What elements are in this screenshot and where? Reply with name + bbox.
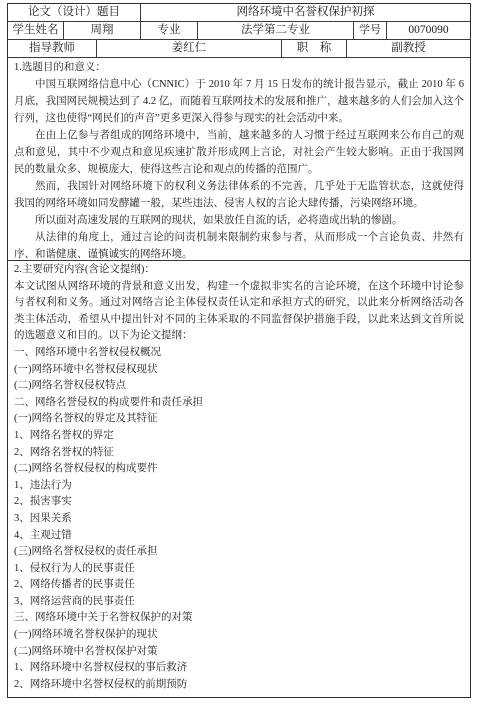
thesis-title-value: 网络环境中名誉权保护初探 [141,4,470,21]
research-intro-paragraph: 本文试图从网络环境的背景和意义出发，构建一个虚拟非实名的言论环境，在这个环境中讨… [14,279,464,345]
outline-item: 2、损害事实 [14,494,464,511]
outline-item: 4、主观过错 [14,528,464,545]
purpose-paragraph: 所以面对高速发展的互联网的现状，如果放任自流的话，必将造成出轨的惨剧。 [14,212,464,229]
thesis-proposal-form: 论文（设计）题目 网络环境中名誉权保护初探 学生姓名 周翔 专业 法学第二专业 … [7,3,471,698]
thesis-title-label: 论文（设计）题目 [8,4,141,21]
outline-item: (二)网络名誉权侵权的构成要件 [14,461,464,478]
outline-item: 2、网络传播者的民事责任 [14,577,464,594]
section-purpose-paragraphs: 中国互联网络信息中心（CNNIC）于 2010 年 7 月 15 日发布的统计报… [14,76,464,261]
form-row-title: 论文（设计）题目 网络环境中名誉权保护初探 [8,4,470,22]
section-purpose: 1.选题目的和意义： 中国互联网络信息中心（CNNIC）于 2010 年 7 月… [8,58,470,261]
outline-item: 3、因果关系 [14,511,464,528]
outline-item: 2、网络环境中名誉权侵权的前期预防 [14,677,464,694]
student-id-value: 0070090 [387,22,470,39]
outline-item: 一、网络环境中名誉权侵权概况 [14,345,464,362]
student-id-label: 学号 [354,22,387,39]
outline-item: 二、网络名誉侵权的构成要件和责任承担 [14,395,464,412]
outline-item: (二)网络名誉权侵权特点 [14,378,464,395]
purpose-paragraph: 在由上亿参与者组成的网络环境中，当前，越来越多的人习惯于经过互联网来公布自己的观… [14,127,464,178]
section-purpose-heading: 1.选题目的和意义： [14,59,464,76]
outline-item: (二)网络环境中名誉权保护对策 [14,644,464,661]
outline-item: (三)网络名誉权侵权的责任承担 [14,544,464,561]
outline-item: 1、网络名誉权的界定 [14,428,464,445]
outline-item: (一)网络环境中名誉权侵权现状 [14,362,464,379]
rank-label: 职 称 [282,40,347,57]
major-value: 法学第二专业 [198,22,354,39]
advisor-value: 姜红仁 [97,40,282,57]
section-research-heading: 2.主要研究内容(含论文提纲)： [14,262,464,279]
outline-item: 三、网络环境中关于名誉权保护的对策 [14,610,464,627]
form-row-student: 学生姓名 周翔 专业 法学第二专业 学号 0070090 [8,22,470,40]
outline-item: (一)网络名誉权的界定及其特征 [14,411,464,428]
outline-item: 1、违法行为 [14,478,464,495]
purpose-paragraph: 然而，我国针对网络环境下的权利义务法律体系的不完善，几乎处于无监管状态，这就使得… [14,178,464,212]
advisor-label: 指导教师 [8,40,97,57]
outline-item: (一)网络环境名誉权保护的现状 [14,627,464,644]
outline-item: 2、网络名誉权的特征 [14,445,464,462]
purpose-paragraph: 中国互联网络信息中心（CNNIC）于 2010 年 7 月 15 日发布的统计报… [14,76,464,127]
outline-item: 3、网络运营商的民事责任 [14,594,464,611]
thesis-outline: 一、网络环境中名誉权侵权概况(一)网络环境中名誉权侵权现状(二)网络名誉权侵权特… [14,345,464,693]
section-research-content: 2.主要研究内容(含论文提纲)： 本文试图从网络环境的背景和意义出发，构建一个虚… [8,261,470,697]
form-row-advisor: 指导教师 姜红仁 职 称 副教授 [8,40,470,58]
outline-item: 1、网络环境中名誉权侵权的事后救济 [14,660,464,677]
student-name-label: 学生姓名 [8,22,64,39]
rank-value: 副教授 [347,40,470,57]
major-label: 专业 [141,22,198,39]
outline-item: 1、侵权行为人的民事责任 [14,561,464,578]
purpose-paragraph: 从法律的角度上，通过言论的问责机制来限制约束参与者，从而形成一个言论负责、井然有… [14,229,464,261]
student-name-value: 周翔 [64,22,141,39]
